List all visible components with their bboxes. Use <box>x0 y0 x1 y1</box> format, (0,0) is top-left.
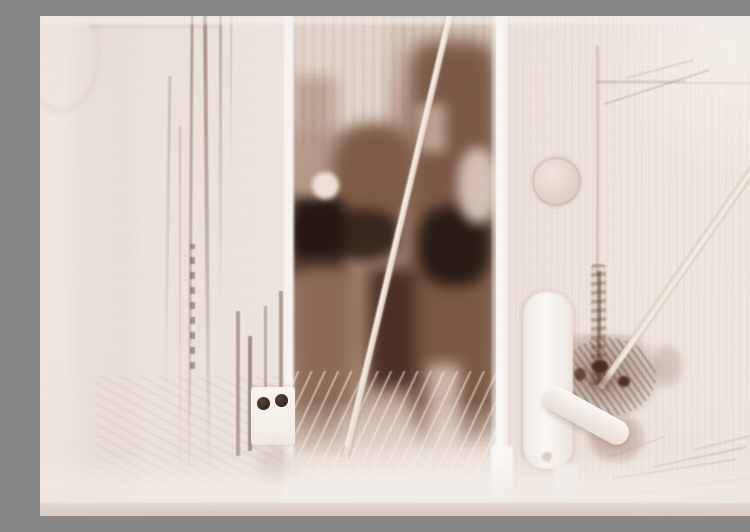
right-pole <box>600 112 750 388</box>
bottom-grey-band <box>40 503 750 516</box>
left-pole <box>345 16 451 458</box>
keyhole-over-pole-smudge <box>586 368 616 394</box>
leaning-poles <box>40 16 750 516</box>
socket-box <box>251 387 295 445</box>
socket-hole-left <box>257 397 270 410</box>
top-edge-highlight <box>40 16 750 24</box>
door-photo-canvas <box>40 16 750 516</box>
socket-hole-right <box>275 394 288 407</box>
